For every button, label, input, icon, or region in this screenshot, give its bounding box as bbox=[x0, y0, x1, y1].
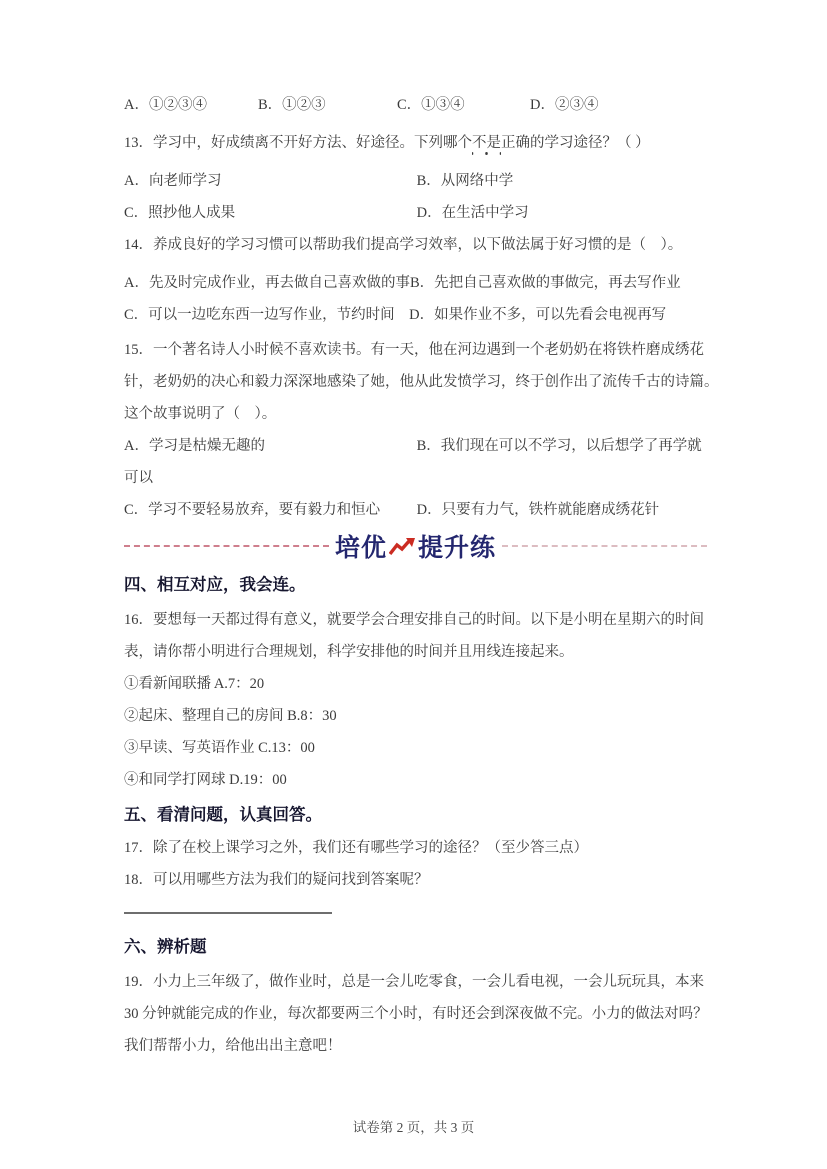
question-15-options-row-2: C．学习不要轻易放弃，要有毅力和恒心 D．只要有力气，铁杵就能磨成绣花针 bbox=[124, 494, 707, 526]
option-c: C．照抄他人成果 bbox=[124, 197, 413, 229]
match-row-2: ②起床、整理自己的房间 B.8：30 bbox=[124, 700, 707, 732]
question-19-line-2: 30 分钟就能完成的作业，每次都要两三个小时，有时还会到深夜做不完。小力的做法对… bbox=[124, 998, 707, 1030]
option-b: B．①②③ bbox=[258, 89, 397, 121]
exam-paper-page: A．①②③④ B．①②③ C．①③④ D．②③④ 13．学习中，好成绩离不开好方… bbox=[0, 0, 827, 1169]
option-b: B．我们现在可以不学习，以后想学了再学就 bbox=[417, 438, 702, 454]
section-5-title: 五、看清问题，认真回答。 bbox=[124, 798, 707, 832]
brand-text-right: 提升练 bbox=[418, 528, 496, 564]
question-15-stem-line-2: 针，老奶奶的决心和毅力深深地感染了她，他从此发愤学习，终于创作出了流传千古的诗篇… bbox=[124, 366, 707, 398]
question-14-options-row-2: C．可以一边吃东西一边写作业，节约时间 D．如果作业不多，可以先看会电视再写 bbox=[124, 299, 707, 331]
match-item: ②起床、整理自己的房间 bbox=[124, 700, 284, 732]
match-row-4: ④和同学打网球 D.19：00 bbox=[124, 764, 707, 796]
match-time: A.7：20 bbox=[214, 676, 264, 692]
page-footer: 试卷第 2 页，共 3 页 bbox=[0, 1114, 827, 1142]
option-d: D．只要有力气，铁杵就能磨成绣花针 bbox=[417, 502, 659, 518]
option-d: D．在生活中学习 bbox=[417, 205, 529, 221]
question-14-stem: 14．养成良好的学习习惯可以帮助我们提高学习效率，以下做法属于好习惯的是（ ）。 bbox=[124, 229, 707, 261]
option-c: C．①③④ bbox=[397, 89, 530, 121]
question-15-option-b-continuation: 可以 bbox=[124, 462, 707, 494]
divider-dash-left bbox=[124, 545, 329, 547]
match-row-3: ③早读、写英语作业 C.13：00 bbox=[124, 732, 707, 764]
orphan-options-row: A．①②③④ B．①②③ C．①③④ D．②③④ bbox=[124, 89, 707, 121]
question-19-line-1: 19．小力上三年级了，做作业时，总是一会儿吃零食，一会儿看电视，一会儿玩玩具，本… bbox=[124, 966, 707, 998]
brand-text-left: 培优 bbox=[335, 528, 387, 564]
match-item: ④和同学打网球 bbox=[124, 764, 226, 796]
option-b: B．从网络中学 bbox=[417, 173, 514, 189]
question-18: 18．可以用哪些方法为我们的疑问找到答案呢？ bbox=[124, 864, 707, 896]
option-a: A．向老师学习 bbox=[124, 165, 413, 197]
q13-stem-emphasis: 不是 bbox=[472, 135, 501, 156]
question-19-line-3: 我们帮帮小力，给他出出主意吧！ bbox=[124, 1030, 707, 1062]
question-16-stem-line-2: 表，请你帮小明进行合理规划，科学安排他的时间并且用线连接起来。 bbox=[124, 636, 707, 668]
option-d: D．②③④ bbox=[530, 89, 598, 121]
question-14-options-row-1: A．先及时完成作业，再去做自己喜欢做的事B．先把自己喜欢做的事做完，再去写作业 bbox=[124, 267, 707, 299]
divider-dash-right bbox=[502, 545, 707, 547]
question-13-stem: 13．学习中，好成绩离不开好方法、好途径。下列哪个不是正确的学习途径？（ ） bbox=[124, 127, 707, 159]
match-row-1: ①看新闻联播 A.7：20 bbox=[124, 668, 707, 700]
section-divider: 培优 提升练 bbox=[124, 532, 707, 560]
option-a: A．学习是枯燥无趣的 bbox=[124, 430, 413, 462]
match-time: C.13：00 bbox=[258, 740, 315, 756]
question-15-options-row-1: A．学习是枯燥无趣的 B．我们现在可以不学习，以后想学了再学就 bbox=[124, 430, 707, 462]
brand-logo: 培优 提升练 bbox=[329, 528, 502, 564]
question-16-stem-line-1: 16．要想每一天都过得有意义，就要学会合理安排自己的时间。以下是小明在星期六的时… bbox=[124, 604, 707, 636]
trending-up-arrow-icon bbox=[389, 537, 416, 557]
q13-stem-suffix: 正确的学习途径？（ ） bbox=[501, 135, 650, 151]
option-c: C．学习不要轻易放弃，要有毅力和恒心 bbox=[124, 494, 413, 526]
q13-stem-prefix: 13．学习中，好成绩离不开好方法、好途径。下列哪个 bbox=[124, 135, 472, 151]
answer-rule-line bbox=[124, 912, 332, 914]
section-6-title: 六、辨析题 bbox=[124, 930, 707, 964]
section-4-title: 四、相互对应，我会连。 bbox=[124, 568, 707, 602]
question-13-options-row-2: C．照抄他人成果 D．在生活中学习 bbox=[124, 197, 707, 229]
match-time: D.19：00 bbox=[229, 772, 287, 788]
question-15-stem-line-1: 15．一个著名诗人小时候不喜欢读书。有一天，他在河边遇到一个老奶奶在将铁杵磨成绣… bbox=[124, 334, 707, 366]
match-item: ③早读、写英语作业 bbox=[124, 732, 255, 764]
match-time: B.8：30 bbox=[287, 708, 337, 724]
question-15-stem-line-3: 这个故事说明了（ ）。 bbox=[124, 398, 707, 430]
option-a: A．①②③④ bbox=[124, 89, 258, 121]
question-17: 17．除了在校上课学习之外，我们还有哪些学习的途径？（至少答三点） bbox=[124, 832, 707, 864]
question-13-options-row-1: A．向老师学习 B．从网络中学 bbox=[124, 165, 707, 197]
match-item: ①看新闻联播 bbox=[124, 668, 211, 700]
